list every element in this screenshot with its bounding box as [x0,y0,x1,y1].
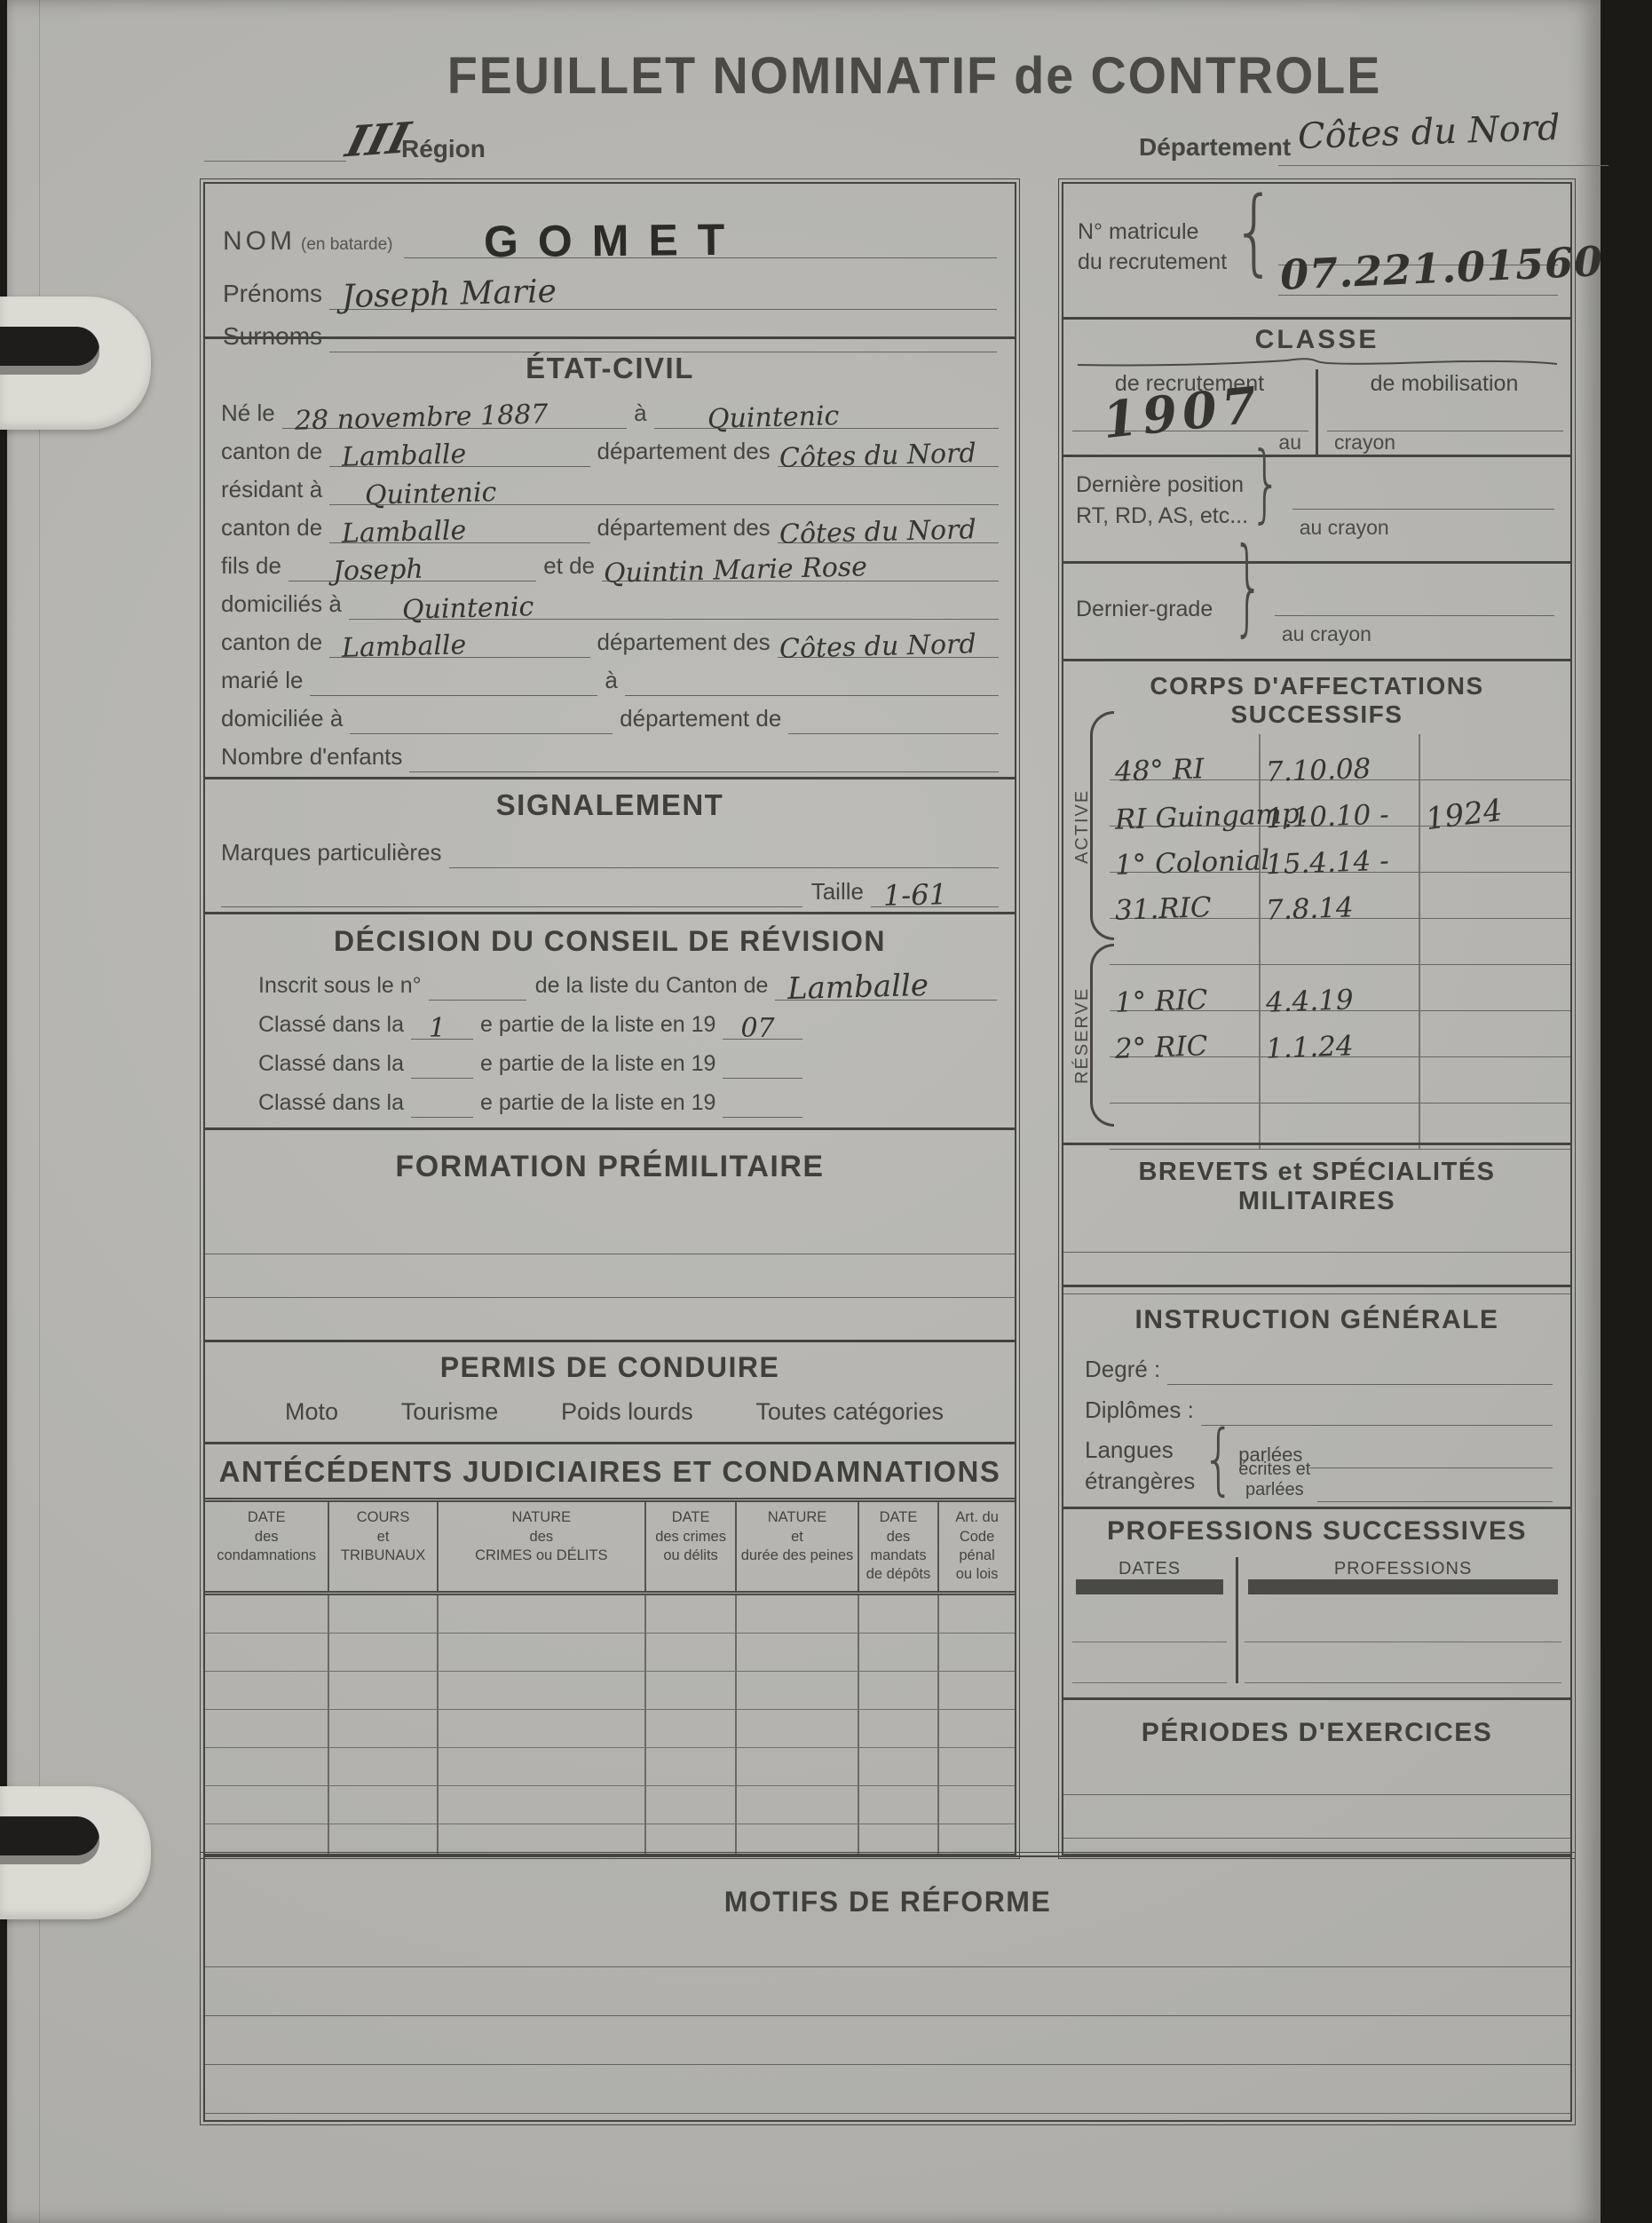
identity-section: NOM (en batarde) GOMET Prénoms Joseph Ma… [205,184,1015,336]
column-header: DATEdescondamnations [205,1502,329,1591]
derniere-position-label-2: RT, RD, AS, etc... [1076,501,1248,532]
table-row [205,1710,1015,1748]
field-value: Joseph [332,554,423,588]
field-line: Quintenic [349,619,999,620]
field-line [221,906,802,907]
column-header-dates: DATES [1063,1554,1236,1602]
scanned-document-page: { "page": { "title": "FEUILLET NOMINATIF… [0,0,1652,2223]
form-row: fils de Joseph et de Quintin Marie Rose [221,543,999,581]
decision-title: DÉCISION DU CONSEIL DE RÉVISION [205,925,1015,958]
professions-section: PROFESSIONS SUCCESSIVES DATES PROFESSION… [1063,1507,1570,1697]
field-line: Lamballe [329,542,589,543]
binder-fastener [0,327,99,375]
table-header-row: DATES PROFESSIONS [1063,1554,1570,1602]
ruled-line [205,1297,1015,1298]
table-row: RI Guingamp.1.10.10 -1924 [1063,780,1570,827]
field-label: Né le [221,400,275,429]
field-line [1201,1425,1553,1426]
ruled-line [205,2113,1570,2114]
dernier-grade-section: Dernier-grade } au crayon [1063,561,1570,659]
field-line: Côtes du Nord [778,542,999,543]
table-row: 31.RIC7.8.14 [1063,873,1570,919]
field-label: Classé dans la [258,1051,404,1079]
permis-section: PERMIS DE CONDUIRE Moto Tourisme Poids l… [205,1340,1015,1442]
ruled-line [1275,615,1554,616]
page-title: FEUILLET NOMINATIF de CONTROLE [377,46,1451,106]
langues-label-1: Langues [1085,1435,1195,1466]
right-column: N° matricule du recrutement { 07.221.015… [1062,182,1572,1855]
antecedents-table: DATEdescondamnations COURSetTRIBUNAUX NA… [205,1498,1015,1854]
field-label: Marques particulières [221,839,442,868]
field-label: marié le [221,667,303,696]
field-line: 1 [411,1039,473,1040]
langues-label-2: étrangères [1085,1466,1195,1497]
permis-title: PERMIS DE CONDUIRE [205,1351,1015,1384]
au-label: au [1278,431,1301,455]
derniere-position-section: Dernière position RT, RD, AS, etc... } a… [1063,455,1570,561]
field-value: Côtes du Nord [779,438,976,474]
active-brace [1090,711,1114,940]
field-label: Inscrit sous le n° [258,973,422,1001]
field-line [409,771,999,772]
field-label: e partie de la liste en 19 [480,1051,715,1079]
langues-block: Langues étrangères { parlées écrites etp… [1085,1435,1553,1502]
permis-cat-poids-lourds: Poids lourds [561,1398,693,1426]
field-line [723,1117,802,1118]
mobilisation-label: de mobilisation [1318,369,1570,397]
table-row [205,1824,1015,1854]
brace-glyph: { [1202,1420,1235,1519]
derniere-position-field: au crayon [1287,470,1560,561]
form-row: canton de Lamballe département des Côtes… [221,505,999,543]
field-line: 28 novembre 1887 [282,428,627,429]
permis-cat-tourisme: Tourisme [401,1398,499,1426]
field-line [788,733,999,734]
column-header: COURSetTRIBUNAUX [329,1502,438,1591]
derniere-position-label-1: Dernière position [1076,470,1248,501]
nom-note: (en batarde) [296,235,397,258]
formation-section: FORMATION PRÉMILITAIRE [205,1127,1015,1340]
classe-section: CLASSE de recrutement 1907 au de mobilis… [1063,317,1570,455]
form-row: Taille 1-61 [221,868,999,907]
field-label: fils de [221,552,281,581]
professions-table: DATES PROFESSIONS [1063,1554,1570,1683]
au-crayon-label: au crayon [1282,622,1371,646]
decision-section: DÉCISION DU CONSEIL DE RÉVISION Inscrit … [205,912,1015,1127]
etat-civil-title: ÉTAT-CIVIL [205,352,1015,385]
field-label: à [605,667,617,696]
field-value: Lamballe [342,439,467,473]
form-row: Marques particulières [221,827,999,868]
brevets-title: BREVETS et SPÉCIALITÉS MILITAIRES [1063,1158,1570,1216]
form-row: domiciliée à département de [221,696,999,734]
matricule-field: 07.221.01560 [1278,205,1558,317]
field-line [723,1078,802,1079]
ruled-line [205,1966,1570,1967]
signalement-title: SIGNALEMENT [205,788,1015,822]
form-row: écrites etparlées [1238,1468,1553,1502]
motifs-title: MOTIFS DE RÉFORME [205,1886,1570,1918]
field-value: 1 [429,1013,446,1044]
field-line [350,733,613,734]
field-value: Côtes du Nord [779,629,976,665]
periodes-section: PÉRIODES D'EXERCICES [1063,1697,1570,1854]
region-label: Région [401,135,486,163]
antecedents-section: ANTÉCÉDENTS JUDICIAIRES ET CONDAMNATIONS… [205,1442,1015,1854]
field-label: département des [597,438,771,467]
permis-cat-toutes: Toutes catégories [755,1398,944,1426]
field-line [625,695,999,696]
field-value: Quintenic [401,591,534,626]
antecedents-title: ANTÉCÉDENTS JUDICIAIRES ET CONDAMNATIONS [205,1455,1015,1489]
field-label: canton de [221,438,322,467]
table-row: 2° RIC1.1.24 [1063,1011,1570,1057]
table-row [205,1786,1015,1824]
field-line [1309,1467,1553,1468]
brace-glyph: { [1232,186,1277,336]
canton-value: Lamballe [787,968,929,1007]
professions-title: PROFESSIONS SUCCESSIVES [1063,1516,1570,1547]
ruled-line [1063,1252,1570,1253]
field-label: domiciliés à [221,590,342,620]
matricule-value: 07.221.01560 [1279,237,1604,299]
corps-table: 48° RI7.10.08 RI Guingamp.1.10.10 -1924 … [1063,734,1570,1150]
field-value: Côtes du Nord [779,514,976,550]
field-line [1317,1501,1553,1502]
field-line [429,1000,526,1001]
instruction-title: INSTRUCTION GÉNÉRALE [1063,1305,1570,1335]
signalement-section: SIGNALEMENT Marques particulières Taille… [205,777,1015,913]
taille-label: Taille [811,878,864,907]
field-value: Lamballe [342,629,467,664]
ruled-line [205,2015,1570,2016]
field-line [411,1117,473,1118]
field-line: Quintin Marie Rose [602,581,999,581]
prenoms-label: Prénoms [223,280,322,310]
field-label: et de [543,552,595,581]
table-row [205,1595,1015,1634]
field-line: 1-61 [871,906,999,907]
table-row [205,1672,1015,1710]
binder-fastener [0,1816,99,1864]
form-row: Diplômes : [1085,1385,1553,1426]
form-row: canton de Lamballe département des Côtes… [221,620,999,658]
ruled-line [204,161,346,162]
field-label: canton de [221,629,322,658]
column-header: NATUREdesCRIMES ou DÉLITS [439,1502,646,1591]
matricule-label-2: du recrutement [1078,248,1227,278]
matricule-section: N° matricule du recrutement { 07.221.015… [1063,184,1570,317]
field-value: Lamballe [342,515,467,550]
matricule-label-1: N° matricule [1078,218,1227,248]
permis-cat-moto: Moto [285,1398,338,1426]
au-crayon-label: au crayon [1300,516,1389,540]
brevets-section: BREVETS et SPÉCIALITÉS MILITAIRES [1063,1143,1570,1285]
table-row [1063,1057,1570,1104]
field-line: Joseph [289,581,536,581]
reserve-label: RÉSERVE [1072,987,1093,1084]
ruled-line [1063,1794,1570,1795]
field-line: Quintenic [329,504,999,505]
motifs-section: MOTIFS DE RÉFORME [203,1855,1572,2122]
field-line: 07 [723,1039,802,1040]
column-header: Art. duCode pénalou lois [939,1502,1015,1591]
ruled-line [205,1254,1015,1254]
field-line: Lamballe [329,657,589,658]
form-row: marié le à [221,658,999,696]
nom-field: GOMET [404,257,997,258]
prenoms-value: Joseph Marie [342,273,557,315]
field-line [411,1078,473,1079]
active-label: ACTIVE [1072,789,1093,864]
ruled-line [205,2064,1570,2065]
column-divider [1236,1557,1238,1683]
field-value: 07 [740,1013,774,1044]
field-line [449,867,999,868]
classe-mobilisation-cell: de mobilisation crayon [1318,369,1570,455]
field-line: Côtes du Nord [778,657,999,658]
field-line [310,695,597,696]
table-row: 1° Colonial15.4.14 - [1063,827,1570,873]
corps-affectations-section: CORPS D'AFFECTATIONS SUCCESSIFS 48° RI7.… [1063,659,1570,1143]
field-line: Quintenic [654,428,999,429]
diplomes-label: Diplômes : [1085,1396,1194,1426]
field-label: Classé dans la [258,1012,404,1040]
field-label: e partie de la liste en 19 [480,1090,715,1118]
field-label: e partie de la liste en 19 [480,1012,715,1040]
departement-label: Département [1139,133,1291,162]
field-line: Lamballe [775,1000,997,1001]
table-header-row: DATEdescondamnations COURSetTRIBUNAUX NA… [205,1498,1015,1595]
field-label: département des [597,629,771,658]
taille-value: 1-61 [882,877,947,913]
reserve-brace [1090,944,1114,1127]
table-row [205,1634,1015,1672]
binder-hole [0,297,151,430]
field-line: Lamballe [329,466,589,467]
classe-title: CLASSE [1063,325,1570,355]
form-row: Classé dans la e partie de la liste en 1… [258,1040,997,1079]
table-row [205,1748,1015,1786]
corps-title: CORPS D'AFFECTATIONS SUCCESSIFS [1063,672,1570,729]
form-row: résidant à Quintenic [221,467,999,505]
column-header: DATEdes crimesou délits [646,1502,737,1591]
crayon-label: crayon [1334,431,1395,455]
field-label: domiciliée à [221,705,343,734]
ecrites-label: écrites etparlées [1238,1460,1310,1502]
field-label: département des [597,514,771,543]
field-label: Classé dans la [258,1090,404,1118]
field-label: canton de [221,514,322,543]
table-row: 1° RIC4.4.19 [1063,965,1570,1011]
table-row: 48° RI7.10.08 [1063,734,1570,780]
nom-label: NOM [223,226,296,258]
dernier-grade-field: au crayon [1269,576,1560,659]
form-row: Degré : [1085,1344,1553,1385]
nom-value: GOMET [483,214,744,268]
form-row: Inscrit sous le n° de la liste du Canton… [258,961,997,1001]
over-brace [1074,355,1561,368]
field-value: Quintenic [365,477,497,511]
field-line [1167,1384,1553,1385]
field-label: de la liste du Canton de [535,973,769,1001]
etat-civil-section: ÉTAT-CIVIL Né le 28 novembre 1887 à Quin… [205,336,1015,777]
field-label: résidant à [221,476,322,505]
table-row [1063,1602,1570,1642]
binder-hole [0,1786,151,1919]
column-header: NATUREetdurée des peines [737,1502,859,1591]
column-header: DATEdes mandatsde dépôts [859,1502,939,1591]
field-label: département de [620,705,781,734]
degre-label: Degré : [1085,1356,1160,1385]
dernier-grade-label: Dernier-grade [1076,594,1213,625]
prenoms-field: Joseph Marie [329,309,997,310]
field-label: Nombre d'enfants [221,743,402,772]
form-row: Né le 28 novembre 1887 à Quintenic [221,391,999,429]
field-value: Quintenic [707,400,839,435]
ruled-line [1063,1838,1570,1839]
periodes-title: PÉRIODES D'EXERCICES [1063,1718,1570,1748]
ruled-line [1292,509,1554,510]
form-row: Nombre d'enfants [221,734,999,772]
table-row [1063,1642,1570,1683]
form-row: Classé dans la 1 e partie de la liste en… [258,1001,997,1040]
instruction-section: INSTRUCTION GÉNÉRALE Degré : Diplômes : … [1063,1285,1570,1507]
field-label: à [634,400,646,429]
column-header-professions: PROFESSIONS [1236,1554,1570,1602]
table-row [1063,919,1570,965]
field-line: Côtes du Nord [778,466,999,467]
form-row: Classé dans la e partie de la liste en 1… [258,1079,997,1118]
field-value: 28 novembre 1887 [294,399,548,436]
ruled-line [1278,165,1609,166]
left-column: NOM (en batarde) GOMET Prénoms Joseph Ma… [203,182,1016,1855]
formation-title: FORMATION PRÉMILITAIRE [205,1150,1015,1184]
